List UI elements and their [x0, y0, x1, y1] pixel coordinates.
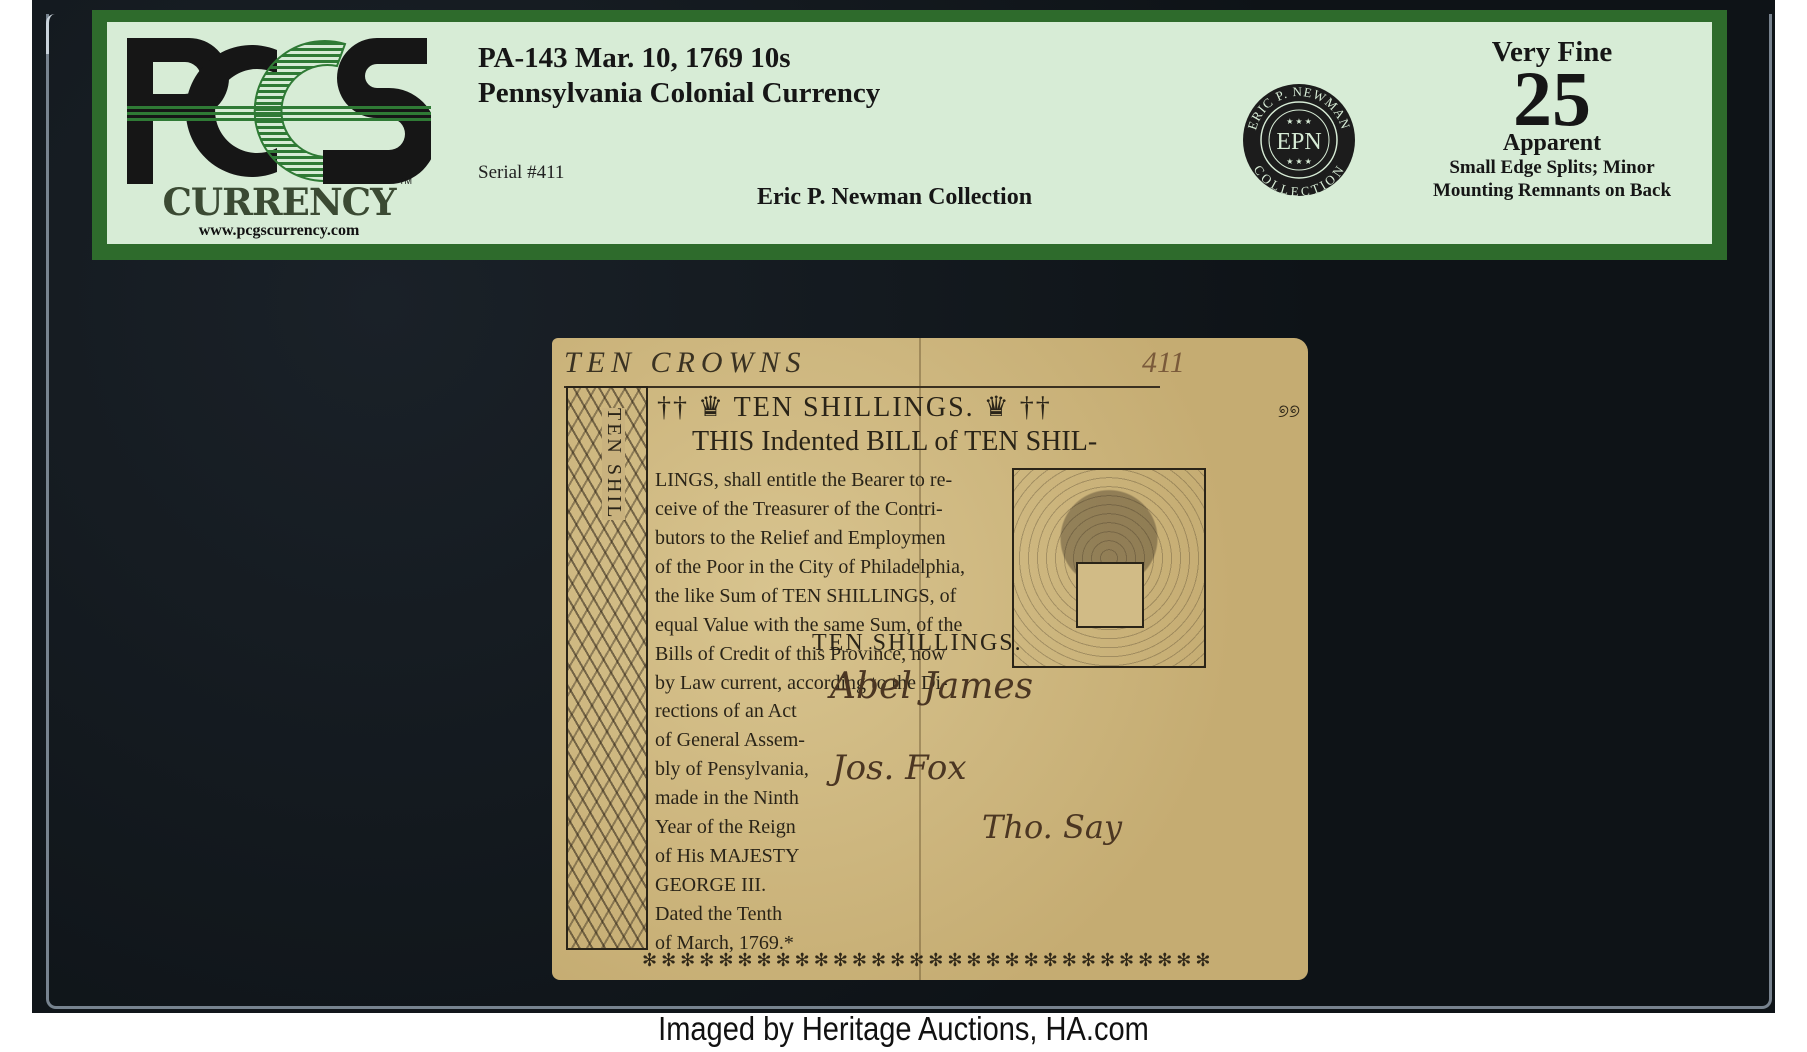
epn-seal-icon: ERIC P. NEWMAN COLLECTION EPN ★ ★ ★ ★ ★ … [1241, 82, 1357, 198]
collection-name: Eric P. Newman Collection [757, 184, 1032, 211]
bill-body-text-lower: rections of an Act of General Assem- bly… [655, 697, 845, 958]
bill-mid-heading: TEN SHILLINGS. [812, 630, 1023, 657]
grade-number: 25 [1402, 68, 1702, 130]
grade-qualifier: Apparent [1402, 130, 1702, 156]
banknote-image: TEN CROWNS 411 TEN SHIL ୭୭୭୭୭୭୭୭୭୭୭୭୭୭୭୭… [552, 338, 1308, 980]
bill-line2: THIS Indented BILL of TEN SHIL- [692, 426, 1097, 458]
svg-text:★ ★ ★: ★ ★ ★ [1286, 117, 1312, 126]
serial-number: Serial #411 [478, 162, 564, 184]
signature-1: Abel James [830, 666, 1033, 707]
bill-body-text: LINGS, shall entitle the Bearer to re- c… [655, 466, 1015, 698]
catalog-title: PA-143 Mar. 10, 1769 10s [478, 42, 791, 75]
catalog-subtitle: Pennsylvania Colonial Currency [478, 77, 880, 110]
vignette-engraving-icon [1012, 468, 1206, 668]
bill-top-border: TEN CROWNS [564, 346, 1160, 388]
handwritten-number: 411 [1142, 346, 1185, 380]
grade-comment-line1: Small Edge Splits; Minor [1402, 156, 1702, 179]
grading-label-inner: TM CURRENCY www.pcgscurrency.com PA-143 … [107, 22, 1712, 244]
side-strip-text: TEN SHIL [602, 408, 625, 520]
pcgs-logo-icon: TM [127, 36, 431, 186]
bill-heading: †† ♛ TEN SHILLINGS. ♛ †† [657, 390, 1052, 424]
brand-url: www.pcgscurrency.com [129, 222, 429, 240]
grading-label: TM CURRENCY www.pcgscurrency.com PA-143 … [92, 10, 1727, 260]
image-credit-caption: Imaged by Heritage Auctions, HA.com [108, 1010, 1698, 1048]
svg-text:★ ★ ★: ★ ★ ★ [1286, 157, 1312, 166]
shield-icon [1076, 562, 1144, 628]
right-ornament-border: ୭୭୭୭୭୭୭୭୭୭୭୭୭୭୭୭୭୭୭୭୭ [1278, 398, 1300, 958]
bottom-ornament-row: ✻✻✻✻✻✻✻✻✻✻✻✻✻✻✻✻✻✻✻✻✻✻✻✻✻✻✻✻✻✻ [642, 950, 1254, 971]
signature-2: Jos. Fox [832, 748, 967, 788]
grade-block: Very Fine 25 Apparent Small Edge Splits;… [1402, 36, 1702, 202]
brand-word: CURRENCY [129, 184, 429, 221]
signature-3: Tho. Say [982, 808, 1122, 846]
grade-comment-line2: Mounting Remnants on Back [1402, 179, 1702, 202]
svg-text:EPN: EPN [1276, 129, 1321, 155]
slab-edge-highlight [46, 14, 55, 54]
